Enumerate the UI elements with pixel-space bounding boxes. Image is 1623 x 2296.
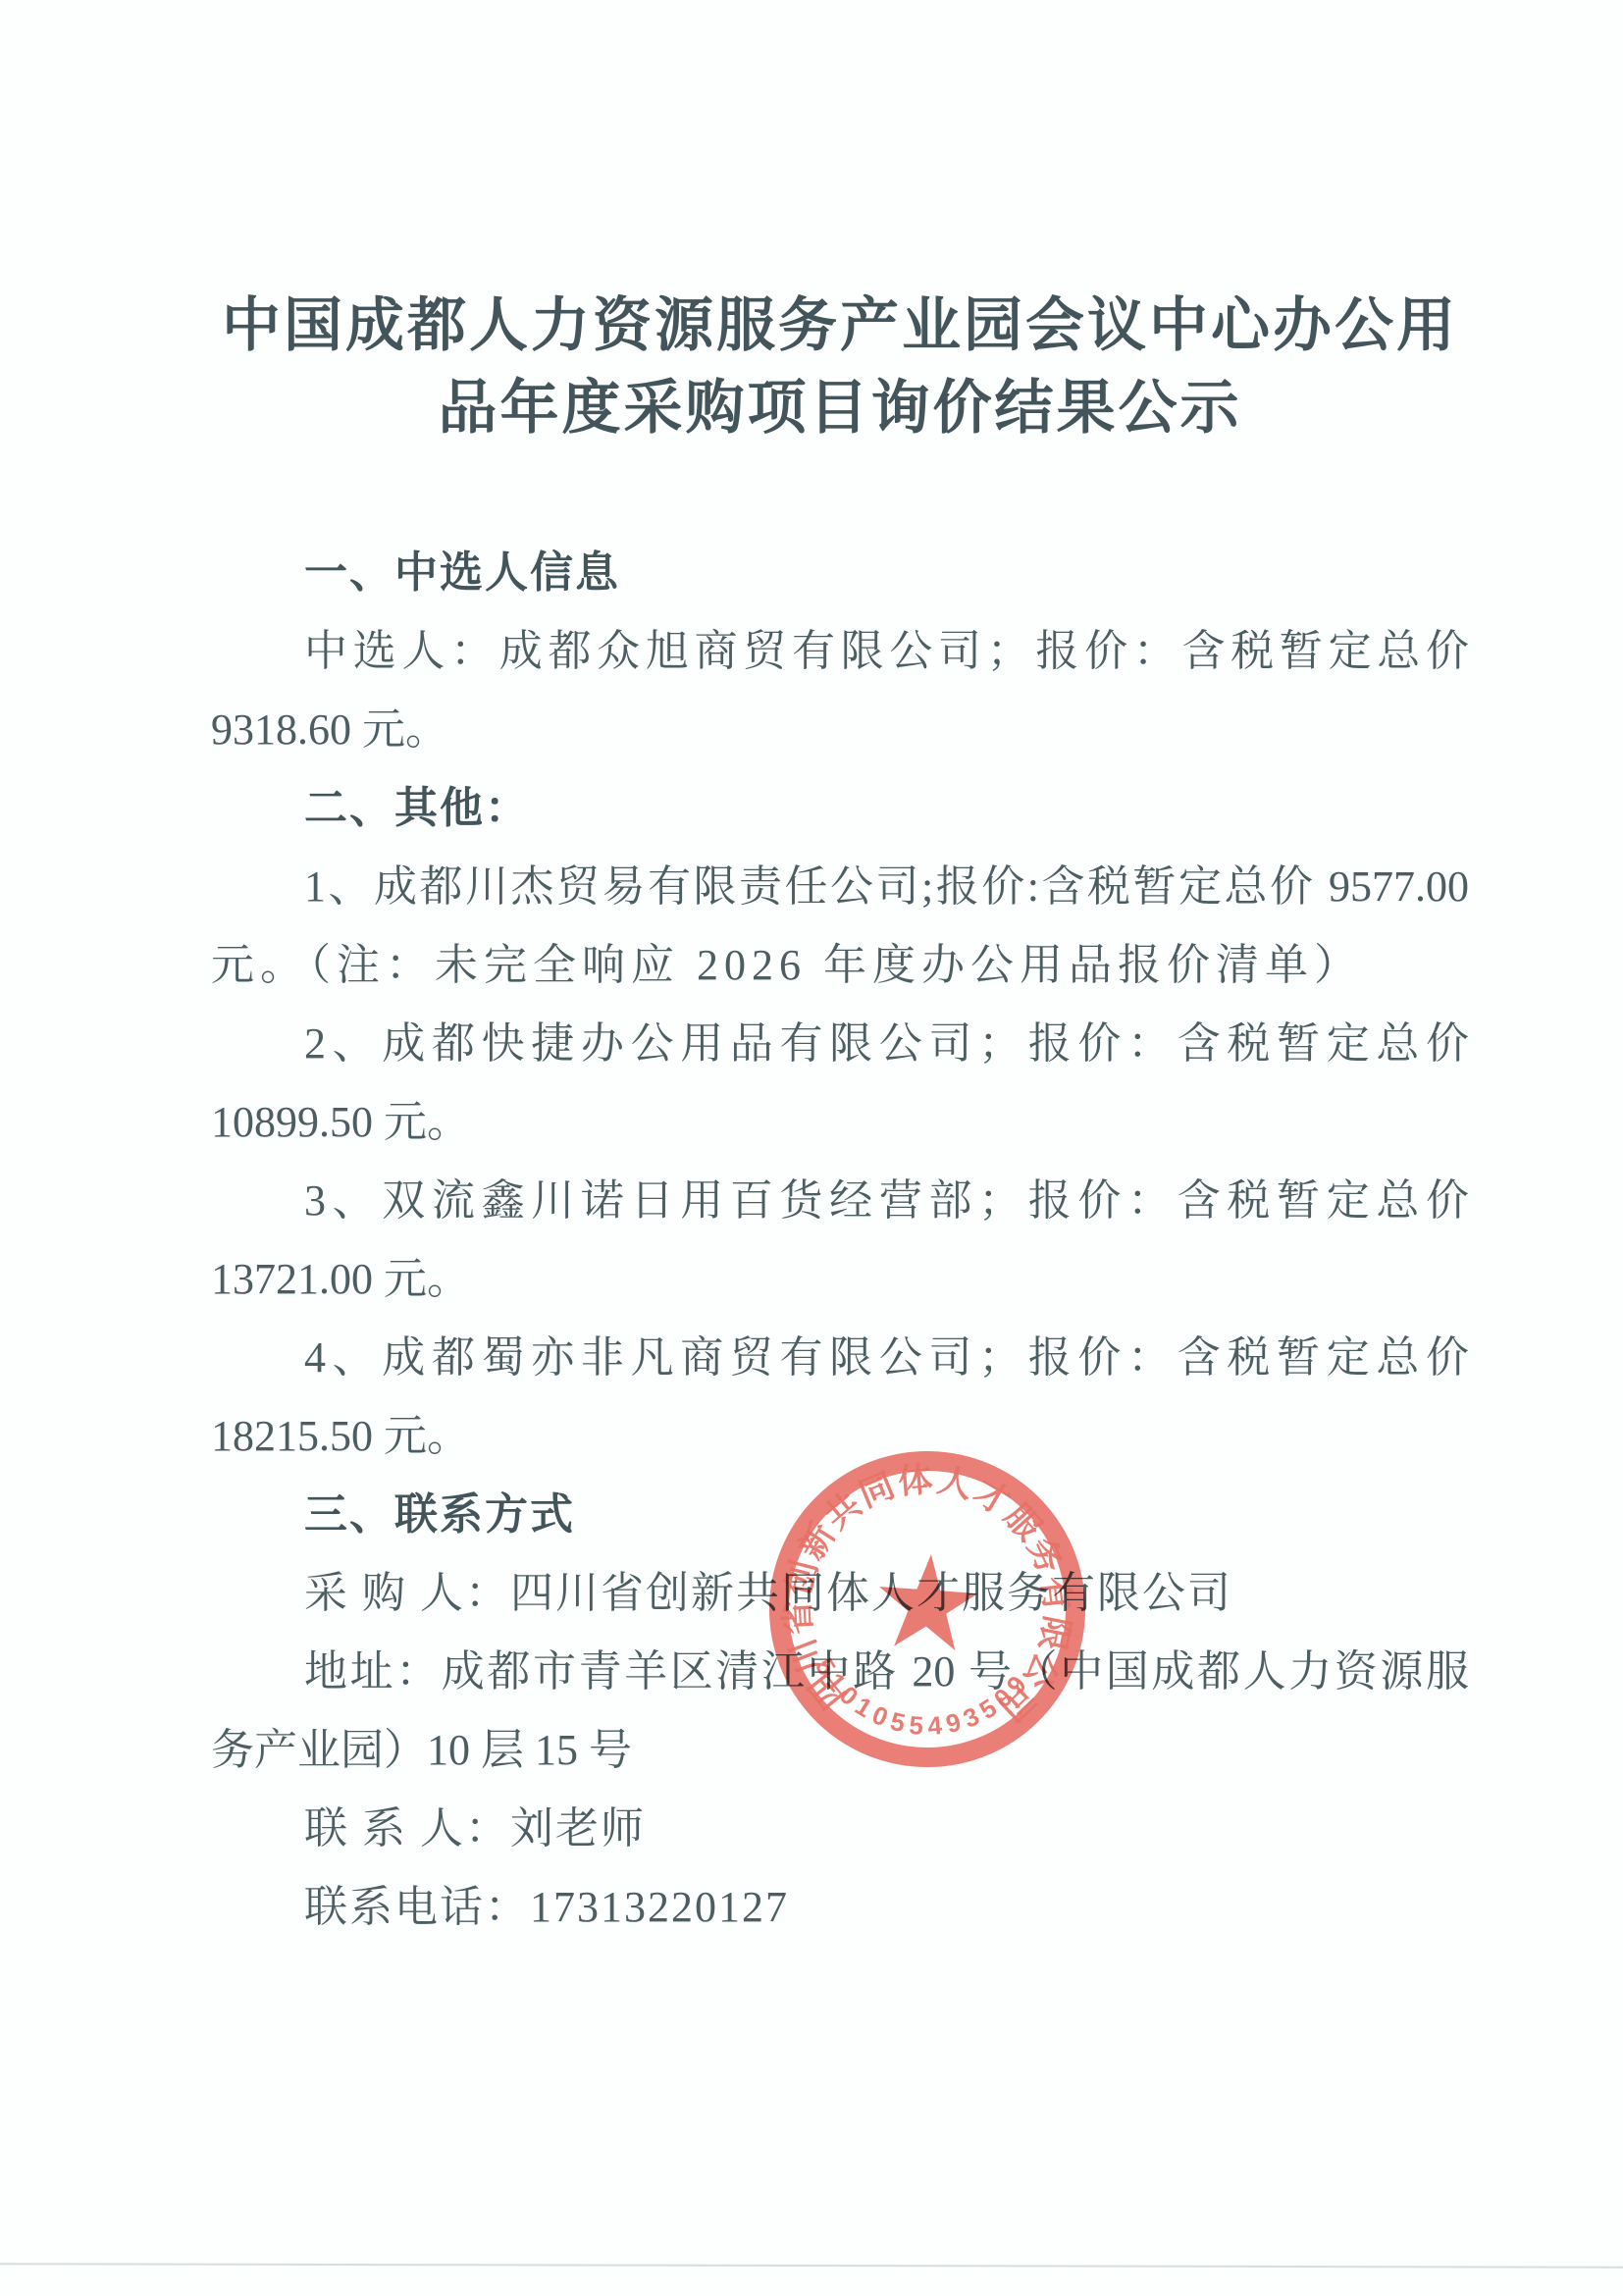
winner-info-heading: 一、中选人信息 (211, 534, 1469, 612)
page-title-line1: 中国成都人力资源服务产业园会议中心办公用 (211, 285, 1469, 367)
bidder3-amount: 13721.00 元。 (211, 1240, 1469, 1319)
page-title: 中国成都人力资源服务产业园会议中心办公用 品年度采购项目询价结果公示 (211, 0, 1469, 449)
contact-person-line: 联 系 人：刘老师 (211, 1790, 1469, 1868)
seal-star-icon (875, 1551, 980, 1652)
bidder4-line1: 4、成都蜀亦非凡商贸有限公司；报价：含税暂定总价 (211, 1319, 1469, 1397)
scanned-document-page: { "colors": { "ink": "#4d5e63", "ink_dar… (0, 0, 1623, 2296)
bidder1-line2: 元。（注：未完全响应 2026 年度办公用品报价清单） (211, 926, 1469, 1005)
page-title-line2: 品年度采购项目询价结果公示 (211, 367, 1469, 449)
scan-artifact-line (0, 2263, 1623, 2268)
bidder1-line1: 1、成都川杰贸易有限责任公司;报价:含税暂定总价 9577.00 (211, 848, 1469, 926)
bidder3-line1: 3、双流鑫川诺日用百货经营部；报价：含税暂定总价 (211, 1162, 1469, 1240)
others-heading: 二、其他： (211, 769, 1469, 848)
bidder2-amount: 10899.50 元。 (211, 1083, 1469, 1162)
winner-line: 中选人：成都众旭商贸有限公司；报价：含税暂定总价 (211, 612, 1469, 691)
official-seal: 四川省创新共同体人才服务有限公司 5101055493509 (741, 1423, 1114, 1796)
winner-amount: 9318.60 元。 (211, 691, 1469, 769)
bidder2-line1: 2、成都快捷办公用品有限公司；报价：含税暂定总价 (211, 1005, 1469, 1083)
contact-phone-line: 联系电话：17313220127 (211, 1868, 1469, 1947)
